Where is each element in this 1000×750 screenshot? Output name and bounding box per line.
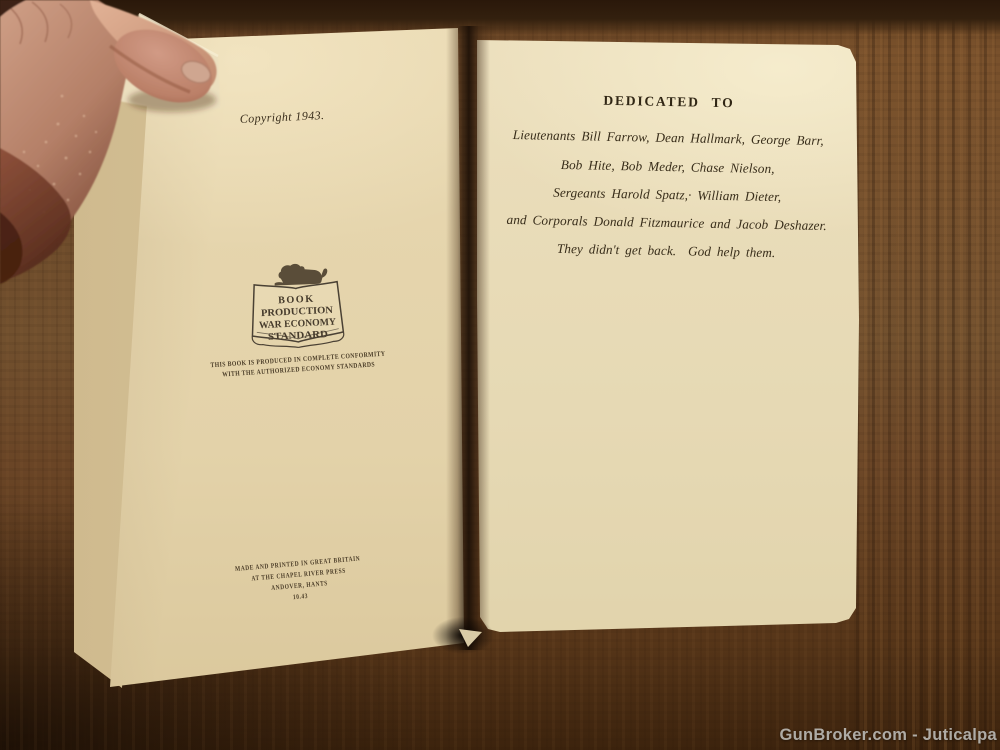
hand-holding-page xyxy=(0,0,235,300)
printer-imprint: MADE AND PRINTED IN GREAT BRITAIN AT THE… xyxy=(164,548,435,614)
dedication-line: Lieutenants Bill Farrow, Dean Hallmark, … xyxy=(477,126,859,149)
dedication-line: They didn't get back. God help them. xyxy=(475,239,857,262)
watermark-text: GunBroker.com - Juticalpa xyxy=(780,726,997,745)
dedication-line: Sergeants Harold Spatz,· William Dieter, xyxy=(476,183,858,206)
dedication-heading: DEDICATED TO xyxy=(478,90,860,113)
right-page-content: DEDICATED TO Lieutenants Bill Farrow, De… xyxy=(468,30,861,637)
book-photo: Copyright 1943. BOOK PRODUCTION WAR ECON… xyxy=(0,0,1000,750)
wood-grain-right-panel xyxy=(856,0,1000,750)
dedication-line: and Corporals Donald Fitzmaurice and Jac… xyxy=(476,211,858,234)
logo-line-4: STANDARD xyxy=(268,329,328,343)
dedication-line: Bob Hite, Bob Meder, Chase Nielson, xyxy=(477,155,859,178)
lion-icon xyxy=(274,262,328,286)
war-economy-standard-logo: BOOK PRODUCTION WAR ECONOMY STANDARD xyxy=(245,259,349,363)
logo-line-1: BOOK xyxy=(278,294,315,307)
